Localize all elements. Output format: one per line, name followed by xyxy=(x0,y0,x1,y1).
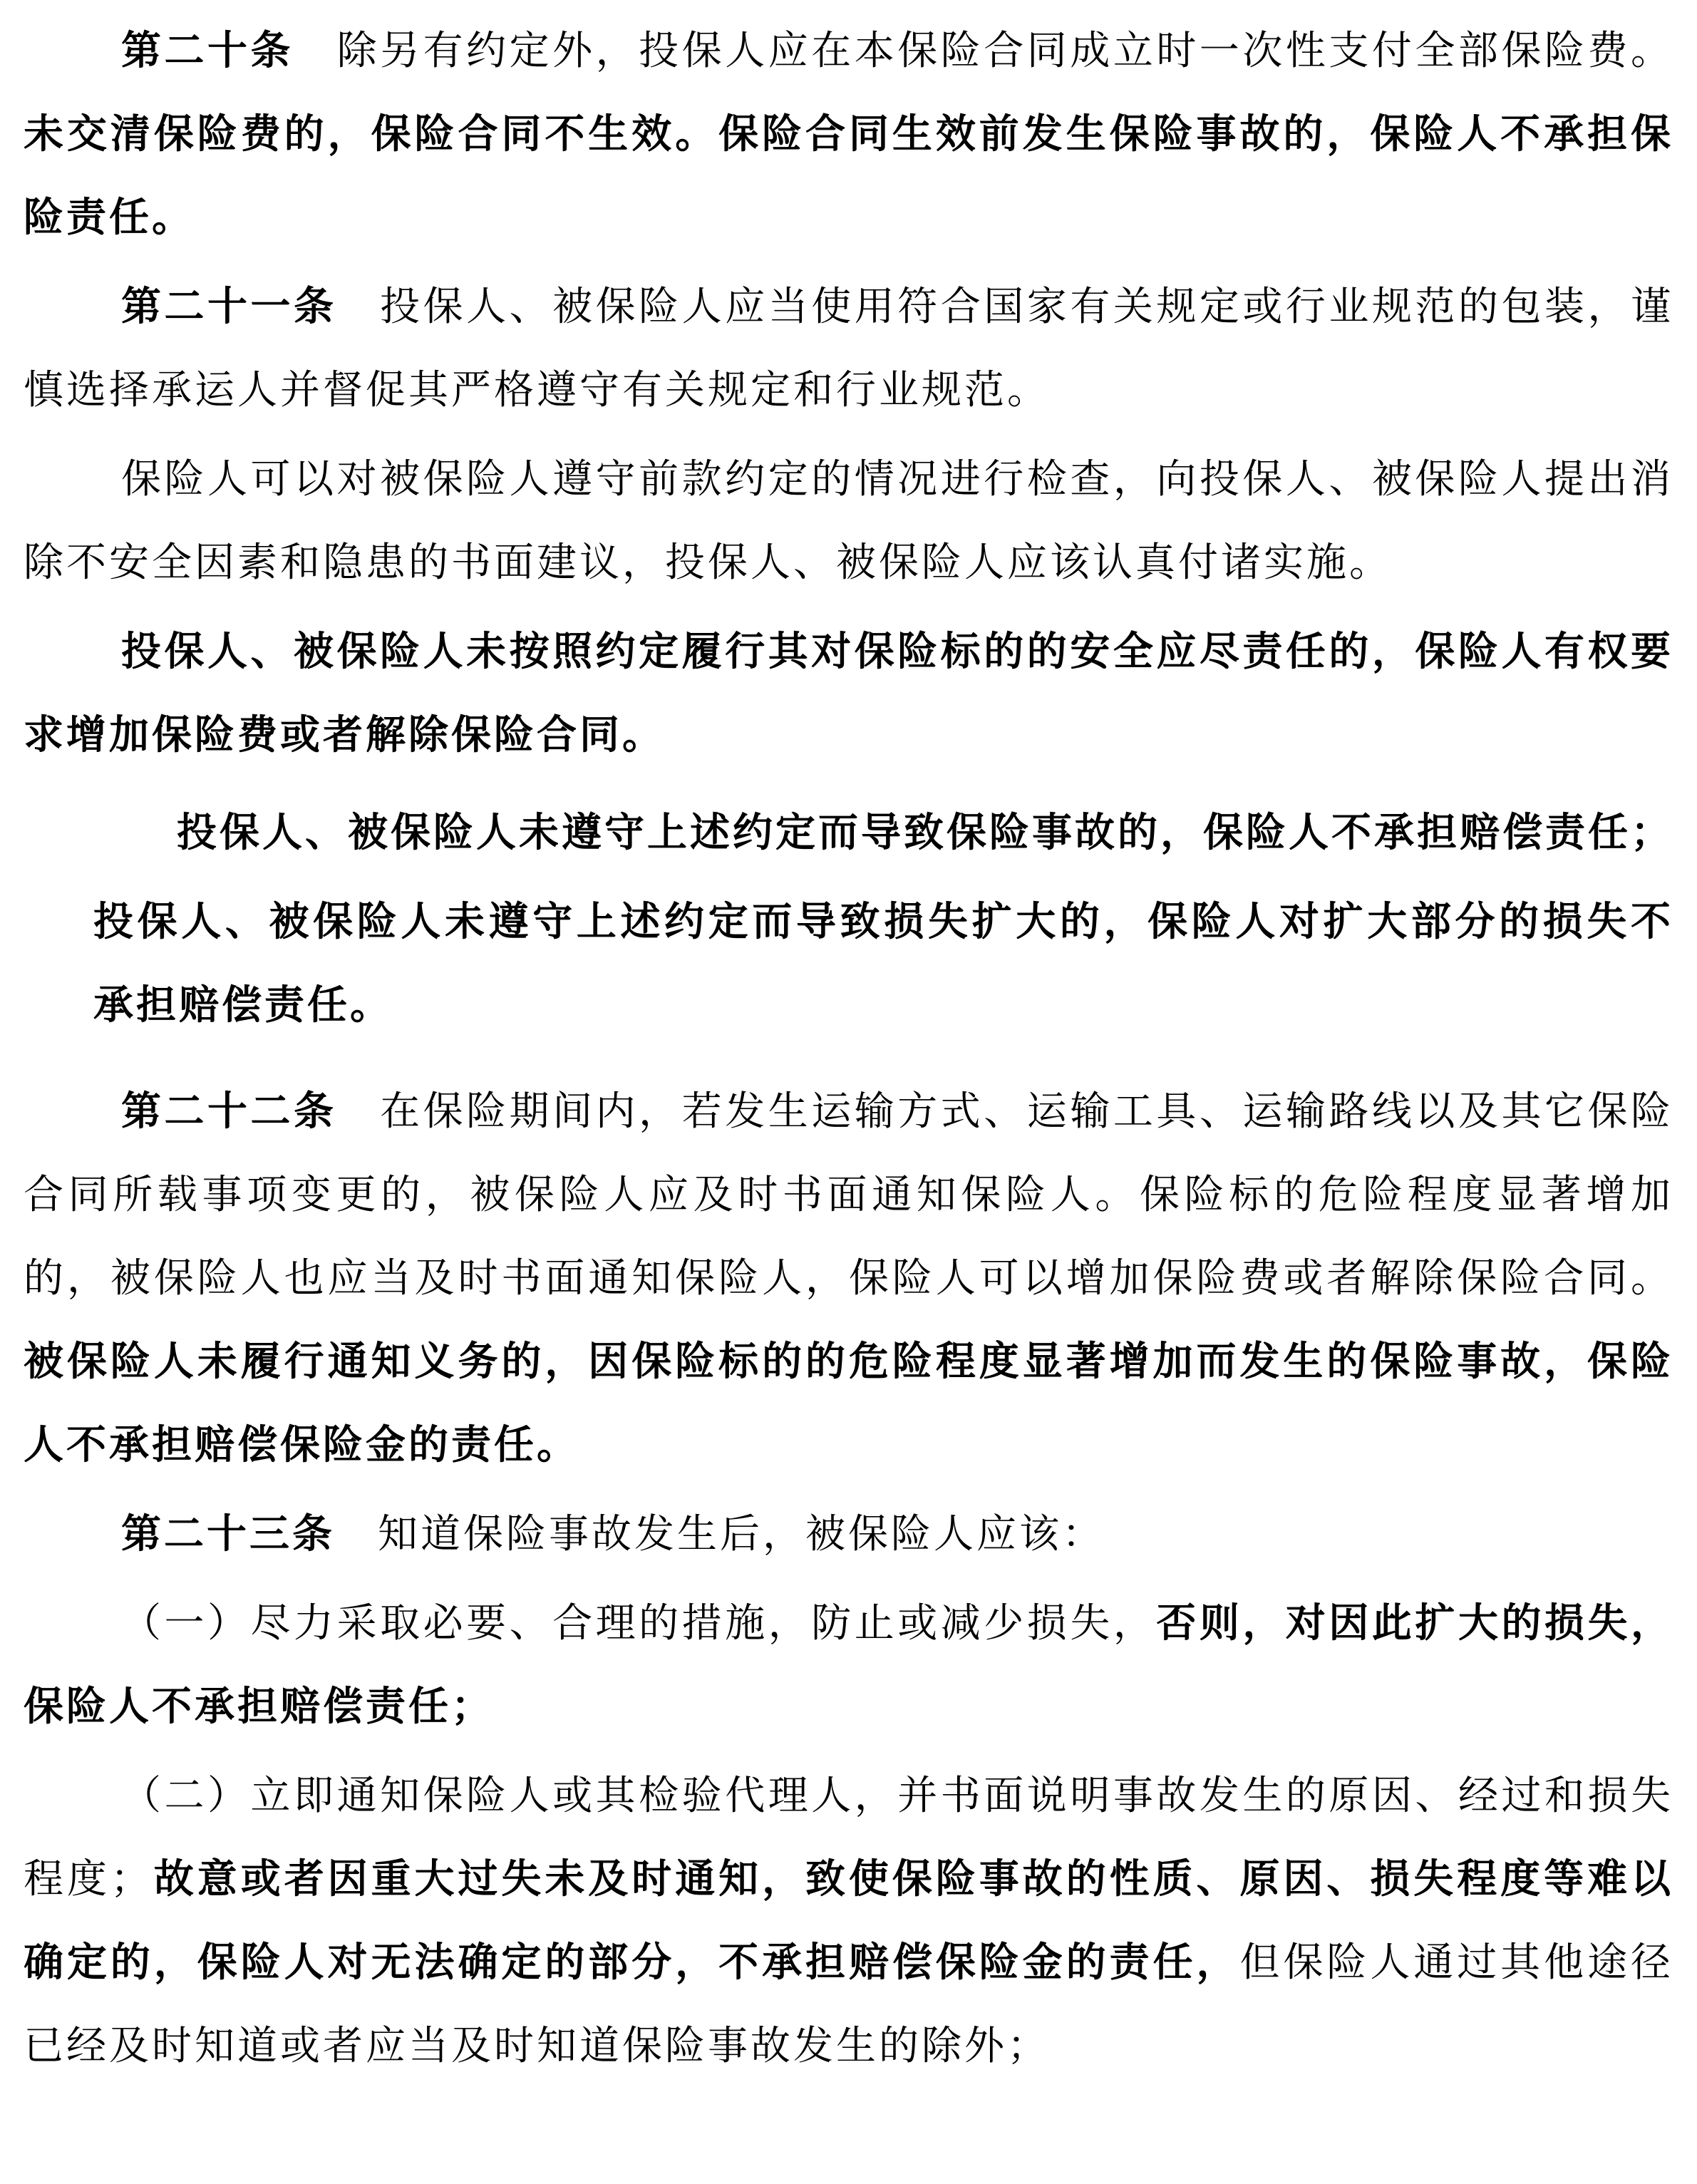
text-segment: 保险人可以对被保险人遵守前款约定的情况进行检查，向投保人、被保险人提出消除不安全… xyxy=(24,456,1673,584)
article-number: 第二十条 xyxy=(121,28,294,73)
text-segment: 投保人、被保险人未遵守上述约定而导致保险事故的，保险人不承担赔偿责任； xyxy=(177,810,1673,855)
text-segment: （一）尽力采取必要、合理的措施，防止或减少损失， xyxy=(121,1600,1156,1645)
text-segment: 投保人、被保险人未遵守上述约定而导致损失扩大的，保险人对扩大部分的损失不承担赔偿… xyxy=(93,899,1673,1027)
article-number: 第二十二条 xyxy=(121,1088,337,1133)
breach-loss-expansion-clause-paragraph: 投保人、被保险人未遵守上述约定而导致损失扩大的，保险人对扩大部分的损失不承担赔偿… xyxy=(93,880,1673,1046)
text-segment: 除另有约定外，投保人应在本保险合同成立时一次性支付全部保险费。 xyxy=(294,28,1673,73)
article-23-paragraph: 第二十三条 知道保险事故发生后，被保险人应该： xyxy=(24,1492,1673,1575)
text-segment: 知道保险事故发生后，被保险人应该： xyxy=(335,1511,1105,1556)
breach-accident-clause-paragraph: 投保人、被保险人未遵守上述约定而导致保险事故的，保险人不承担赔偿责任； xyxy=(24,790,1673,874)
text-segment: 未交清保险费的，保险合同不生效。保险合同生效前发生保险事故的，保险人不承担保险责… xyxy=(24,111,1673,239)
article-20-paragraph: 第二十条 除另有约定外，投保人应在本保险合同成立时一次性支付全部保险费。未交清保… xyxy=(24,9,1673,259)
article-number: 第二十三条 xyxy=(121,1511,335,1556)
text-segment: 被保险人未履行通知义务的，因保险标的的危险程度显著增加而发生的保险事故，保险人不… xyxy=(24,1339,1673,1467)
item-2-paragraph: （二）立即通知保险人或其检验代理人，并书面说明事故发生的原因、经过和损失程度；故… xyxy=(24,1753,1673,2087)
text-segment: 投保人、被保险人未按照约定履行其对保险标的的安全应尽责任的，保险人有权要求增加保… xyxy=(24,629,1673,757)
safety-duty-clause-paragraph: 投保人、被保险人未按照约定履行其对保险标的的安全应尽责任的，保险人有权要求增加保… xyxy=(24,609,1673,776)
document-page: 第二十条 除另有约定外，投保人应在本保险合同成立时一次性支付全部保险费。未交清保… xyxy=(0,0,1697,2087)
article-number: 第二十一条 xyxy=(121,284,337,329)
article-22-paragraph: 第二十二条 在保险期间内，若发生运输方式、运输工具、运输路线以及其它保险合同所载… xyxy=(24,1069,1673,1486)
item-1-paragraph: （一）尽力采取必要、合理的措施，防止或减少损失，否则，对因此扩大的损失，保险人不… xyxy=(24,1581,1673,1748)
inspection-clause-paragraph: 保险人可以对被保险人遵守前款约定的情况进行检查，向投保人、被保险人提出消除不安全… xyxy=(24,437,1673,604)
article-21-paragraph: 第二十一条 投保人、被保险人应当使用符合国家有关规定或行业规范的包装，谨慎选择承… xyxy=(24,264,1673,431)
